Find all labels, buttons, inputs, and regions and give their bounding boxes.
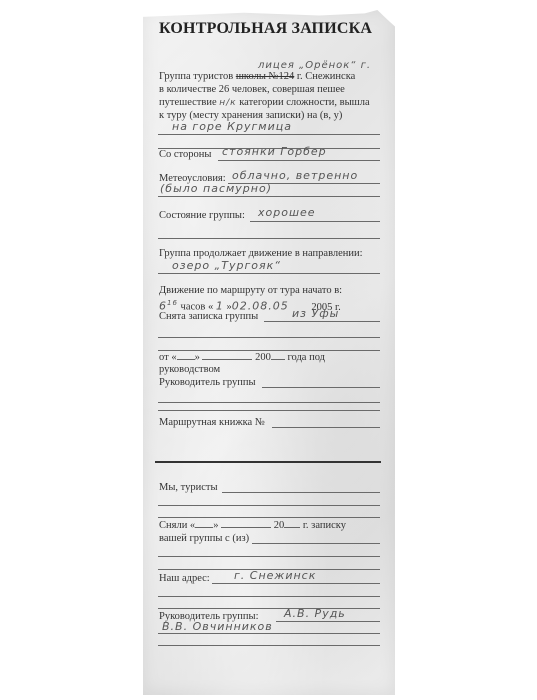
- we-tourists-label: Мы, туристы: [159, 481, 218, 494]
- fill-line: [218, 160, 380, 161]
- removed2-open: Сняли «: [159, 520, 195, 531]
- route-book-label: Маршрутная книжка №: [159, 416, 265, 429]
- group-state-value: хорошее: [258, 206, 316, 219]
- destination-value: на горе Кругмица: [172, 120, 292, 133]
- leader-name-1: А.В. Рудь: [284, 607, 346, 620]
- fill-line: [158, 238, 380, 239]
- fill-line: [264, 321, 380, 322]
- intro-trip: путешествие: [159, 97, 217, 108]
- from-close: »: [195, 352, 200, 363]
- intro-suffix: г. Снежинска: [297, 71, 355, 82]
- fill-line: [158, 402, 380, 403]
- under-lead-label: руководством: [159, 363, 220, 376]
- direction-value: озеро „Тургояк“: [172, 259, 281, 272]
- fill-line: [222, 492, 380, 493]
- fill-line: [158, 596, 380, 597]
- removed-label: Снята записка группы: [159, 310, 258, 323]
- fill-line: [250, 221, 380, 222]
- removed2-year: 20: [274, 520, 285, 531]
- intro-line-2: в количестве 26 человек, совершая пешее: [159, 83, 345, 96]
- separator-line: [155, 461, 381, 463]
- removed-by-line: Сняли «» 20 г. записку: [159, 519, 346, 532]
- address-label: Наш адрес:: [159, 572, 210, 585]
- fill-line: [158, 134, 380, 135]
- fill-line: [158, 196, 380, 197]
- side-label: Со стороны: [159, 148, 211, 161]
- from-open: от «: [159, 352, 177, 363]
- fill-line: [158, 273, 380, 274]
- fill-line: [158, 645, 380, 646]
- group-state-label: Состояние группы:: [159, 209, 245, 222]
- removed-value: из Уфы: [292, 307, 339, 320]
- weather-value-2: (было пасмурно): [160, 182, 272, 195]
- fill-line: [276, 621, 380, 622]
- fill-line: [158, 410, 380, 411]
- fill-line: [158, 505, 380, 506]
- your-group-label: вашей группы с (из): [159, 532, 249, 545]
- fill-line: [158, 633, 380, 634]
- fill-line: [158, 608, 380, 609]
- address-value: г. Снежинск: [234, 569, 316, 582]
- intro-prefix: Группа туристов: [159, 71, 233, 82]
- leader-name-2: В.В. Овчинников: [162, 620, 273, 633]
- weather-value-1: облачно, ветренно: [232, 169, 358, 182]
- intro-line-1: Группа туристов школы №124 г. Снежинска: [159, 70, 355, 83]
- fill-line: [158, 337, 380, 338]
- fill-line: [252, 543, 380, 544]
- fill-line: [212, 583, 380, 584]
- removed2-close: »: [213, 520, 218, 531]
- side-value: стоянки Горбер: [222, 145, 327, 158]
- fill-line: [272, 427, 380, 428]
- document-title: КОНТРОЛЬНАЯ ЗАПИСКА: [159, 20, 372, 38]
- struck-school: школы №124: [236, 71, 294, 82]
- intro-category: категории сложности, вышла: [239, 97, 369, 108]
- removed2-suffix: г. записку: [303, 520, 346, 531]
- movement-minutes: 16: [167, 299, 178, 307]
- from-suffix: года под: [287, 352, 325, 363]
- movement-label: Движение по маршруту от тура начато в:: [159, 284, 342, 297]
- from-year: 200: [255, 352, 271, 363]
- category-hand: н/к: [219, 98, 236, 108]
- fill-line: [262, 387, 380, 388]
- intro-line-3: путешествие н/к категории сложности, выш…: [159, 96, 370, 110]
- leader-label: Руководитель группы: [159, 376, 256, 389]
- fill-line: [158, 556, 380, 557]
- fill-line: [158, 517, 380, 518]
